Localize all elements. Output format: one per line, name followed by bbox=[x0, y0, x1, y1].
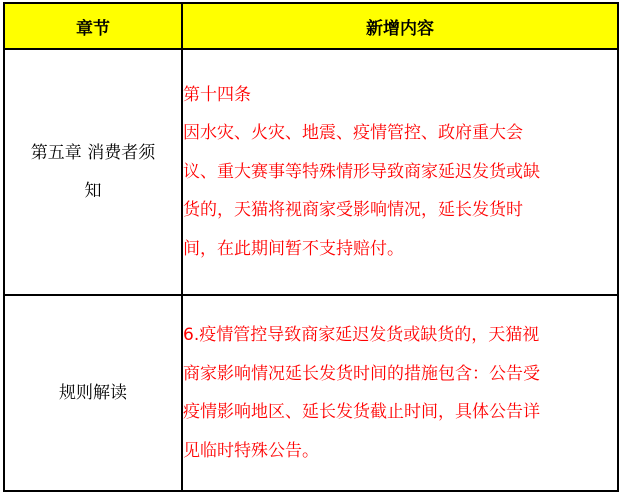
chapter-line: 知 bbox=[5, 172, 181, 210]
header-new-content: 新增内容 bbox=[182, 3, 618, 49]
content-line: 间，在此期间暂不支持赔付。 bbox=[183, 230, 617, 269]
table-row: 第五章 消费者须 知 第十四条 因水灾、火灾、地震、疫情管控、政府重大会 议、重… bbox=[4, 49, 618, 295]
content-line: 见临时特殊公告。 bbox=[183, 432, 617, 471]
content-line: 商家影响情况延长发货时间的措施包含：公告受 bbox=[183, 355, 617, 394]
content-line: 议、重大赛事等特殊情形导致商家延迟发货或缺 bbox=[183, 153, 617, 192]
content-line: 6.疫情管控导致商家延迟发货或缺货的，天猫视 bbox=[183, 316, 617, 355]
table-row: 规则解读 6.疫情管控导致商家延迟发货或缺货的，天猫视 商家影响情况延长发货时间… bbox=[4, 295, 618, 491]
chapter-cell: 第五章 消费者须 知 bbox=[4, 49, 182, 295]
chapter-line: 第五章 消费者须 bbox=[5, 134, 181, 172]
header-chapter: 章节 bbox=[4, 3, 182, 49]
header-row: 章节 新增内容 bbox=[4, 3, 618, 49]
content-line: 货的，天猫将视商家受影响情况，延长发货时 bbox=[183, 191, 617, 230]
content-line: 因水灾、火灾、地震、疫情管控、政府重大会 bbox=[183, 114, 617, 153]
content-cell: 第十四条 因水灾、火灾、地震、疫情管控、政府重大会 议、重大赛事等特殊情形导致商… bbox=[182, 49, 618, 295]
rules-table: 章节 新增内容 第五章 消费者须 知 第十四条 因水灾、火灾、地震、疫情管控、政… bbox=[3, 2, 619, 492]
content-line: 疫情影响地区、延长发货截止时间，具体公告详 bbox=[183, 393, 617, 432]
chapter-cell: 规则解读 bbox=[4, 295, 182, 491]
chapter-line: 规则解读 bbox=[5, 374, 181, 412]
content-cell: 6.疫情管控导致商家延迟发货或缺货的，天猫视 商家影响情况延长发货时间的措施包含… bbox=[182, 295, 618, 491]
content-line: 第十四条 bbox=[183, 76, 617, 115]
